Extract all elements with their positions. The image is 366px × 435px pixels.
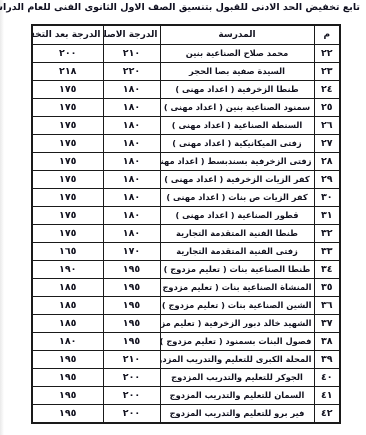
header-reduced-score: الدرجة بعد التخفيض — [32, 25, 103, 45]
scores-table: م المدرسة الدرجة الاصلية الدرجة بعد التخ… — [31, 24, 341, 424]
serial-cell: ٢٣ — [314, 63, 340, 81]
school-name-cell: طنطا الفنية المتقدمة التجارية — [160, 225, 314, 243]
reduced-score-cell: ١٧٥ — [32, 81, 103, 99]
reduced-score-cell: ١٩٥ — [32, 351, 103, 369]
original-score-cell: ١٩٥ — [103, 297, 160, 315]
serial-cell: ٢٦ — [314, 117, 340, 135]
school-name-cell: السنطة الصناعية ( اعداد مهنى ) — [160, 117, 314, 135]
school-name-cell: السمان للتعليم والتدريب المزدوج — [160, 387, 314, 405]
document-title: تابع تخفيض الحد الادنى للقبول بتنسيق الص… — [6, 2, 360, 13]
table-row: ٢٤ طنطا الزخرفية ( اعداد مهنى ) ١٨٠ ١٧٥ — [32, 81, 340, 99]
serial-cell: ٢٨ — [314, 153, 340, 171]
table-row: ٤٠ الجوكر للتعليم والتدريب المزدوج ٢٠٠ ١… — [32, 369, 340, 387]
original-score-cell: ٢٢٠ — [103, 63, 160, 81]
original-score-cell: ١٨٠ — [103, 81, 160, 99]
serial-cell: ٣٤ — [314, 261, 340, 279]
reduced-score-cell: ٢٠٠ — [32, 45, 103, 63]
reduced-score-cell: ١٧٥ — [32, 189, 103, 207]
original-score-cell: ٢١٠ — [103, 351, 160, 369]
school-name-cell: الشهيد خالد دبور الزخرفية ( تعليم مزدوج … — [160, 315, 314, 333]
original-score-cell: ٢٠٠ — [103, 369, 160, 387]
serial-cell: ٣٧ — [314, 315, 340, 333]
school-name-cell: قطور الصناعية ( اعداد مهنى ) — [160, 207, 314, 225]
reduced-score-cell: ١٦٥ — [32, 243, 103, 261]
serial-cell: ٣٠ — [314, 189, 340, 207]
serial-cell: ٤٢ — [314, 405, 340, 424]
school-name-cell: السيدة صفية بصا الحجر — [160, 63, 314, 81]
reduced-score-cell: ١٨٠ — [32, 333, 103, 351]
reduced-score-cell: ١٧٥ — [32, 207, 103, 225]
reduced-score-cell: ١٨٥ — [32, 297, 103, 315]
serial-cell: ٤١ — [314, 387, 340, 405]
serial-cell: ٢٥ — [314, 99, 340, 117]
original-score-cell: ١٩٥ — [103, 315, 160, 333]
school-name-cell: طنطا الزخرفية ( اعداد مهنى ) — [160, 81, 314, 99]
table-row: ٣٩ المحلة الكبرى للتعليم والتدريب المزدو… — [32, 351, 340, 369]
school-name-cell: الجوكر للتعليم والتدريب المزدوج — [160, 369, 314, 387]
school-name-cell: الشين الصناعية بنات ( تعليم مزدوج ) — [160, 297, 314, 315]
table-row: ٣٣ زفتى الفنية المتقدمة التجارية ١٧٠ ١٦٥ — [32, 243, 340, 261]
school-name-cell: سمنود الصناعية بنين ( اعداد مهنى ) — [160, 99, 314, 117]
header-school: المدرسة — [160, 25, 314, 45]
school-name-cell: فير برو للتعليم والتدريب المزدوج — [160, 405, 314, 424]
serial-cell: ٣٩ — [314, 351, 340, 369]
school-name-cell: زفتى الفنية المتقدمة التجارية — [160, 243, 314, 261]
original-score-cell: ١٨٠ — [103, 135, 160, 153]
serial-cell: ٢٧ — [314, 135, 340, 153]
table-row: ٢٦ السنطة الصناعية ( اعداد مهنى ) ١٨٠ ١٧… — [32, 117, 340, 135]
reduced-score-cell: ١٩٠ — [32, 261, 103, 279]
original-score-cell: ١٨٠ — [103, 189, 160, 207]
table-row: ٣٥ المنشاة الصناعية بنات ( تعليم مزدوج )… — [32, 279, 340, 297]
serial-cell: ٣٣ — [314, 243, 340, 261]
table-row: ٣٤ طنطا الصناعية بنات ( تعليم مزدوج ) ١٩… — [32, 261, 340, 279]
school-name-cell: المحلة الكبرى للتعليم والتدريب المزدوج — [160, 351, 314, 369]
original-score-cell: ١٧٠ — [103, 243, 160, 261]
table-row: ٣٢ طنطا الفنية المتقدمة التجارية ١٨٠ ١٧٥ — [32, 225, 340, 243]
original-score-cell: ١٩٥ — [103, 279, 160, 297]
table-row: ٣١ قطور الصناعية ( اعداد مهنى ) ١٨٠ ١٧٥ — [32, 207, 340, 225]
school-name-cell: فصول البنات بسمنود ( تعليم مزدوج ) — [160, 333, 314, 351]
school-name-cell: زفتى الزخرفية بسندبسط ( اعداد مهنى ) — [160, 153, 314, 171]
table-body: ٢٢ محمد صلاح الصناعية بنين ٢١٠ ٢٠٠ ٢٣ ال… — [32, 45, 340, 424]
header-row: م المدرسة الدرجة الاصلية الدرجة بعد التخ… — [32, 25, 340, 45]
reduced-score-cell: ٢١٨ — [32, 63, 103, 81]
reduced-score-cell: ١٧٥ — [32, 171, 103, 189]
school-name-cell: زفتى الميكانيكية ( اعداد مهنى ) — [160, 135, 314, 153]
school-name-cell: كفر الزيات ص بنات ( اعداد مهنى ) — [160, 189, 314, 207]
original-score-cell: ١٨٠ — [103, 171, 160, 189]
school-name-cell: المنشاة الصناعية بنات ( تعليم مزدوج ) — [160, 279, 314, 297]
serial-cell: ٣١ — [314, 207, 340, 225]
original-score-cell: ١٨٠ — [103, 207, 160, 225]
table-row: ٢٨ زفتى الزخرفية بسندبسط ( اعداد مهنى ) … — [32, 153, 340, 171]
school-name-cell: طنطا الصناعية بنات ( تعليم مزدوج ) — [160, 261, 314, 279]
school-name-cell: كفر الزيات الزخرفية ( اعداد مهنى ) — [160, 171, 314, 189]
reduced-score-cell: ١٨٥ — [32, 315, 103, 333]
reduced-score-cell: ١٧٥ — [32, 135, 103, 153]
table-row: ٤٢ فير برو للتعليم والتدريب المزدوج ٢٠٠ … — [32, 405, 340, 424]
table-row: ٢٥ سمنود الصناعية بنين ( اعداد مهنى ) ١٨… — [32, 99, 340, 117]
header-serial: م — [314, 25, 340, 45]
original-score-cell: ٢٠٠ — [103, 405, 160, 424]
original-score-cell: ٢١٠ — [103, 45, 160, 63]
original-score-cell: ١٩٥ — [103, 261, 160, 279]
serial-cell: ٣٦ — [314, 297, 340, 315]
serial-cell: ٣٨ — [314, 333, 340, 351]
original-score-cell: ٢٠٠ — [103, 387, 160, 405]
header-original-score: الدرجة الاصلية — [103, 25, 160, 45]
table-row: ٣٧ الشهيد خالد دبور الزخرفية ( تعليم مزد… — [32, 315, 340, 333]
original-score-cell: ١٨٠ — [103, 153, 160, 171]
reduced-score-cell: ١٧٥ — [32, 99, 103, 117]
reduced-score-cell: ١٩٥ — [32, 369, 103, 387]
serial-cell: ٢٢ — [314, 45, 340, 63]
table-row: ٣٨ فصول البنات بسمنود ( تعليم مزدوج ) ١٩… — [32, 333, 340, 351]
table-row: ٣٠ كفر الزيات ص بنات ( اعداد مهنى ) ١٨٠ … — [32, 189, 340, 207]
table-row: ٢٢ محمد صلاح الصناعية بنين ٢١٠ ٢٠٠ — [32, 45, 340, 63]
document-page: تابع تخفيض الحد الادنى للقبول بتنسيق الص… — [0, 0, 366, 435]
original-score-cell: ١٨٠ — [103, 225, 160, 243]
table-row: ٢٩ كفر الزيات الزخرفية ( اعداد مهنى ) ١٨… — [32, 171, 340, 189]
reduced-score-cell: ١٧٥ — [32, 225, 103, 243]
reduced-score-cell: ١٩٥ — [32, 387, 103, 405]
reduced-score-cell: ١٩٥ — [32, 405, 103, 424]
table-row: ٢٣ السيدة صفية بصا الحجر ٢٢٠ ٢١٨ — [32, 63, 340, 81]
serial-cell: ٣٥ — [314, 279, 340, 297]
original-score-cell: ١٨٠ — [103, 117, 160, 135]
original-score-cell: ١٩٥ — [103, 333, 160, 351]
table-row: ٢٧ زفتى الميكانيكية ( اعداد مهنى ) ١٨٠ ١… — [32, 135, 340, 153]
serial-cell: ٢٤ — [314, 81, 340, 99]
reduced-score-cell: ١٨٥ — [32, 279, 103, 297]
serial-cell: ٢٩ — [314, 171, 340, 189]
table-row: ٤١ السمان للتعليم والتدريب المزدوج ٢٠٠ ١… — [32, 387, 340, 405]
school-name-cell: محمد صلاح الصناعية بنين — [160, 45, 314, 63]
serial-cell: ٤٠ — [314, 369, 340, 387]
reduced-score-cell: ١٧٥ — [32, 117, 103, 135]
original-score-cell: ١٨٠ — [103, 99, 160, 117]
serial-cell: ٣٢ — [314, 225, 340, 243]
reduced-score-cell: ١٧٥ — [32, 153, 103, 171]
table-row: ٣٦ الشين الصناعية بنات ( تعليم مزدوج ) ١… — [32, 297, 340, 315]
